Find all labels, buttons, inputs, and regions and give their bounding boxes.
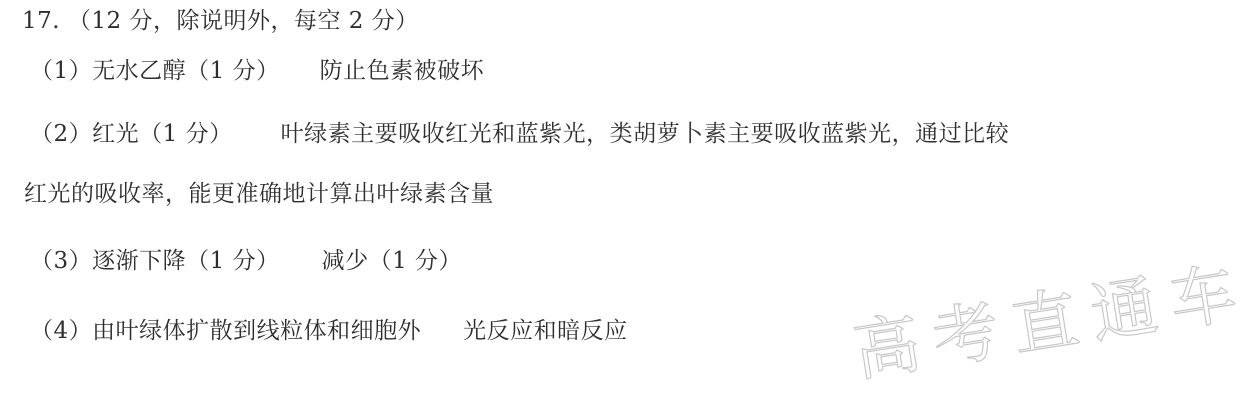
answer-4-part-2: 光反应和暗反应: [463, 318, 628, 344]
answer-3-part-1: 逐渐下降（1 分）: [92, 248, 279, 274]
answer-4-part-1: 由叶绿体扩散到线粒体和细胞外: [92, 318, 421, 344]
watermark: 高考直通车: [849, 256, 1255, 388]
answer-1: （1）无水乙醇（1 分）防止色素被破坏: [30, 56, 484, 86]
answer-4-label: （4）: [30, 318, 92, 344]
question-header-text: 17. （12 分，除说明外，每空 2 分）: [22, 8, 419, 34]
answer-2-continuation: 红光的吸收率，能更准确地计算出叶绿素含量: [24, 179, 494, 209]
answer-3-part-2: 减少（1 分）: [322, 248, 462, 274]
answer-3: （3）逐渐下降（1 分）减少（1 分）: [30, 246, 462, 276]
answer-2-part-2: 叶绿素主要吸收红光和蓝紫光，类胡萝卜素主要吸收蓝紫光，通过比较: [281, 121, 1010, 147]
answer-2-label: （2）: [30, 121, 92, 147]
answer-2: （2）红光（1 分）叶绿素主要吸收红光和蓝紫光，类胡萝卜素主要吸收蓝紫光，通过比…: [30, 119, 1009, 149]
answer-1-part-1: 无水乙醇（1 分）: [92, 58, 279, 84]
answer-3-label: （3）: [30, 248, 92, 274]
answer-1-part-2: 防止色素被破坏: [320, 58, 485, 84]
question-header: 17. （12 分，除说明外，每空 2 分）: [22, 6, 419, 36]
answer-2-continuation-text: 红光的吸收率，能更准确地计算出叶绿素含量: [24, 181, 494, 207]
answer-2-part-1: 红光（1 分）: [92, 121, 232, 147]
answer-4: （4）由叶绿体扩散到线粒体和细胞外光反应和暗反应: [30, 316, 628, 346]
answer-1-label: （1）: [30, 58, 92, 84]
